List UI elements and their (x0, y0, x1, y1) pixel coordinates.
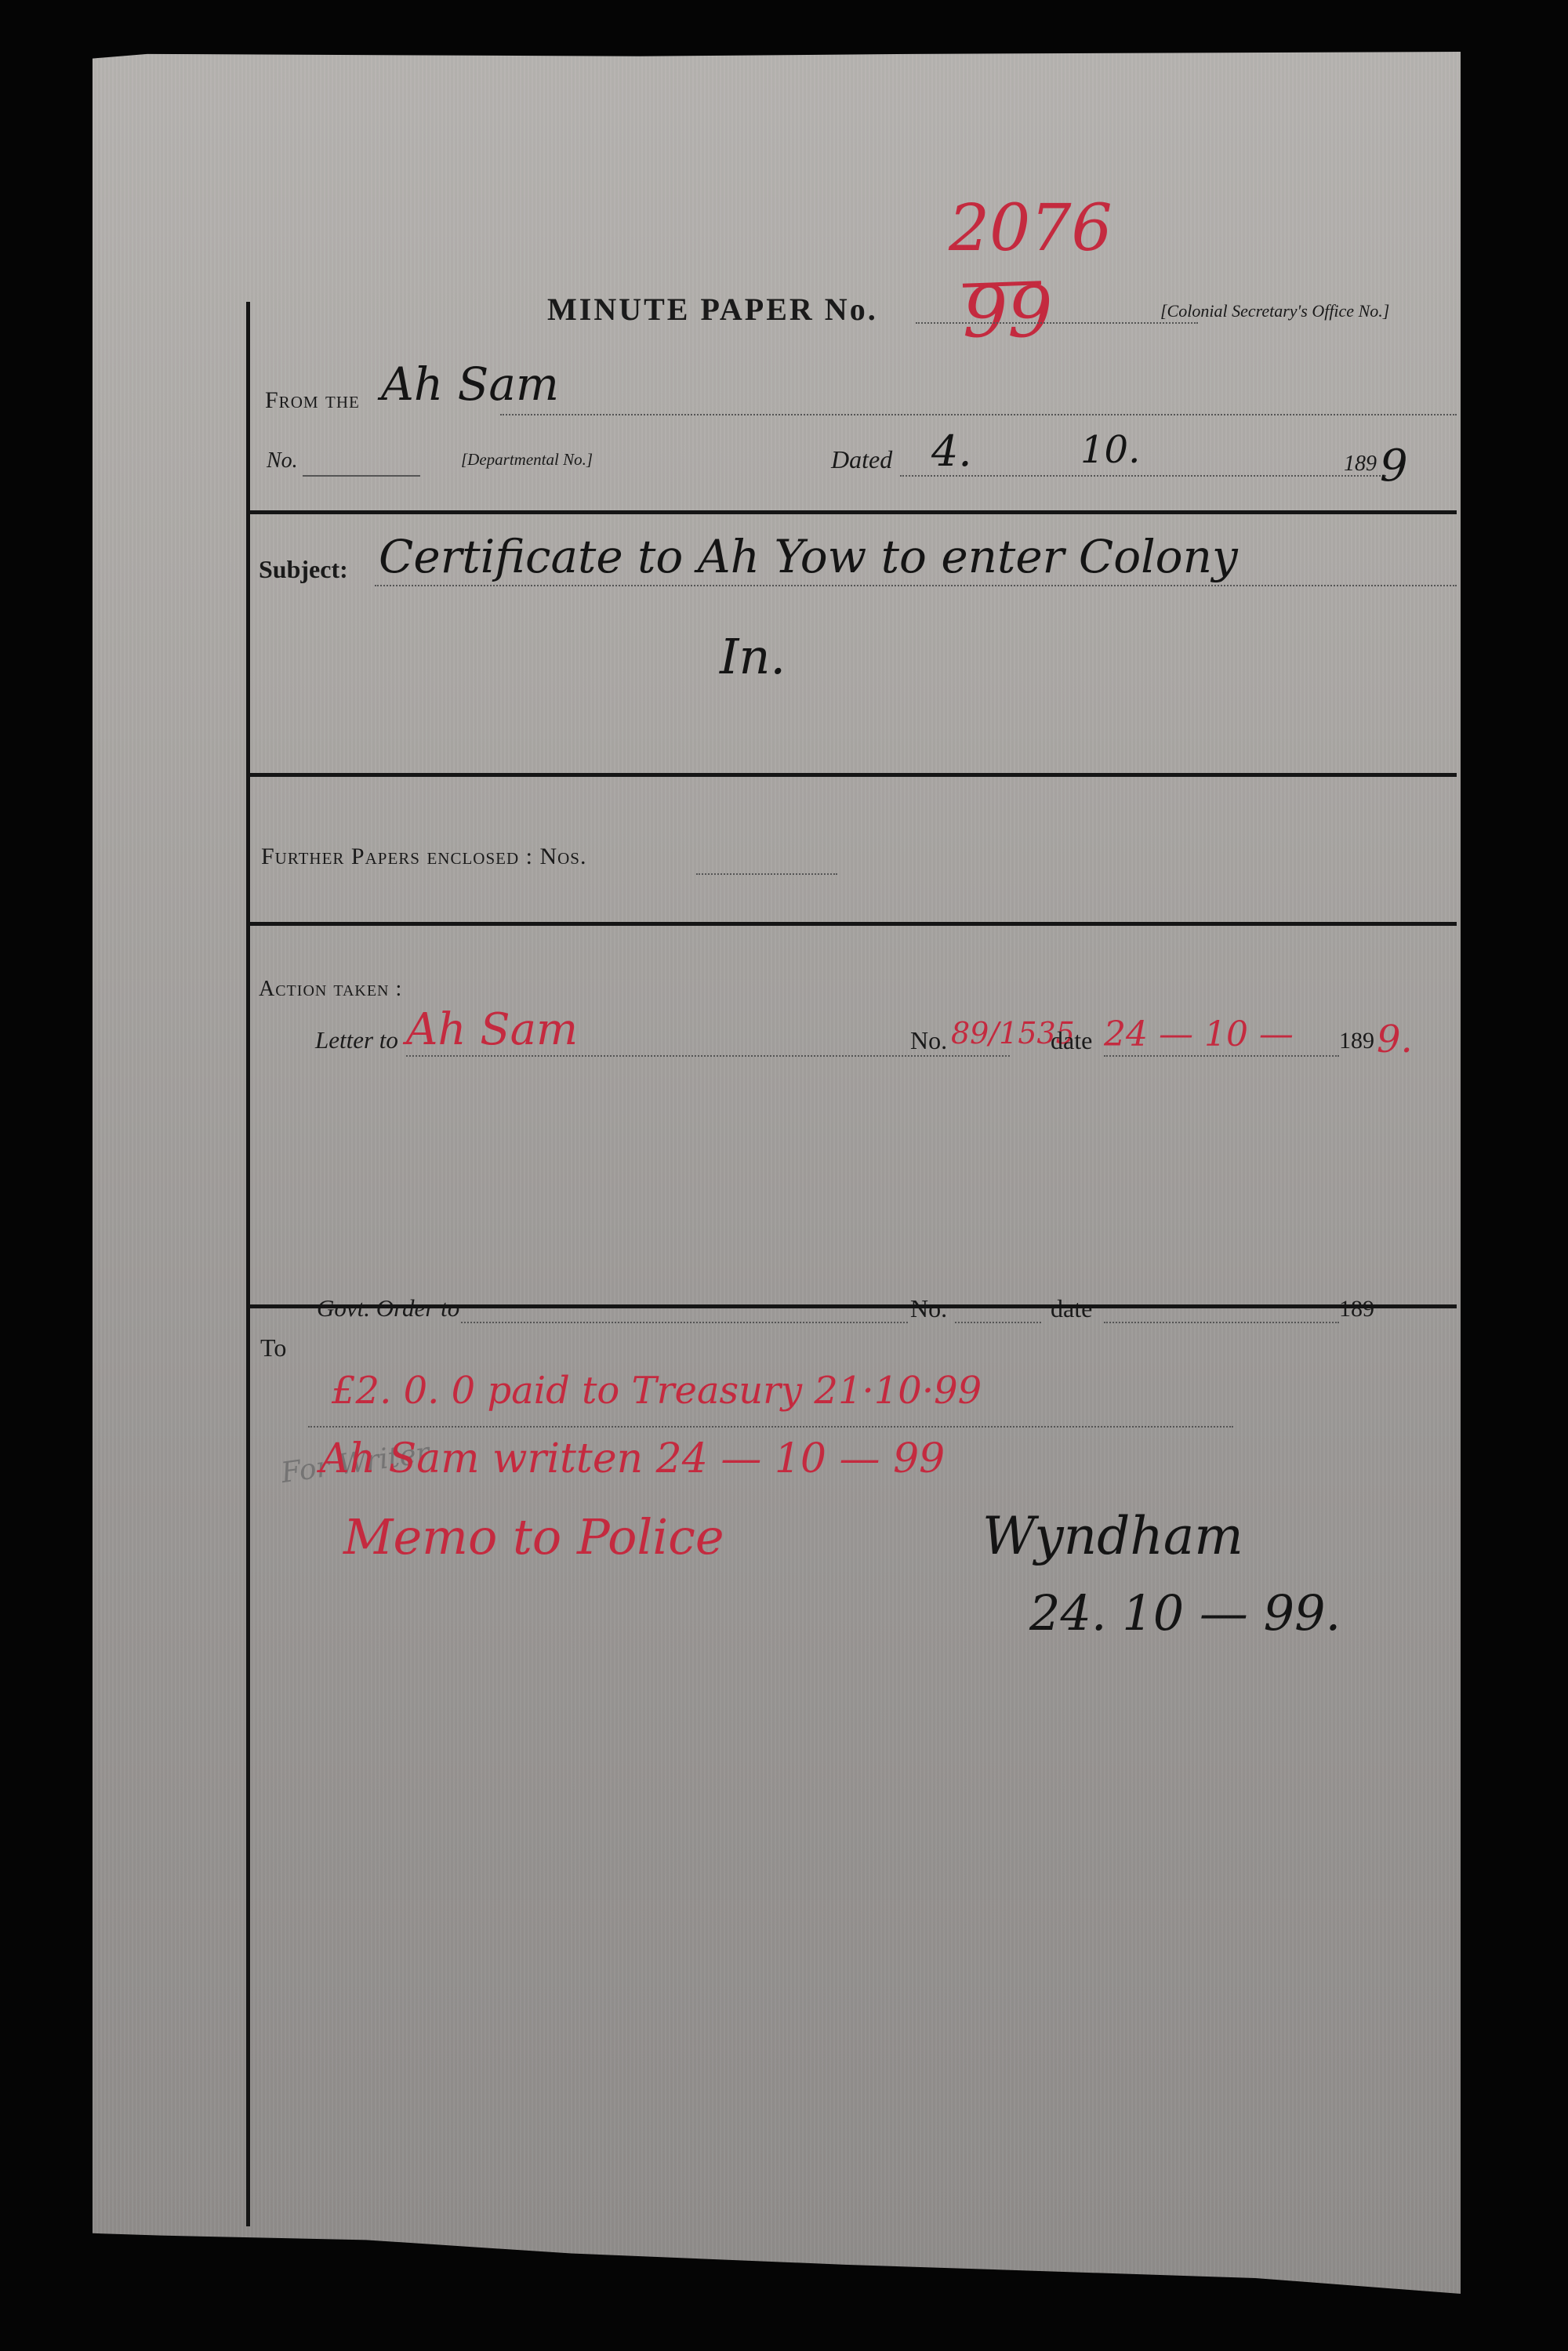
from-label: From the (265, 387, 360, 414)
rule-after-further-papers (248, 922, 1457, 926)
rule-after-subject (248, 773, 1457, 777)
dated-label: Dated (831, 445, 892, 474)
minute-paper-sheet: 2076 99 MINUTE PAPER No. [Colonial Secre… (93, 52, 1461, 2294)
dated-year-prefix: 189 (1344, 452, 1377, 477)
subject-line-2: In. (720, 628, 786, 685)
office-note: [Colonial Secretary's Office No.] (1160, 301, 1389, 321)
letter-no-label: No. (910, 1026, 947, 1055)
letter-to-value: Ah Sam (406, 1004, 578, 1055)
letter-year-prefix: 189 (1339, 1028, 1374, 1054)
departmental-note: [Departmental No.] (461, 450, 593, 470)
dated-dotted-line (900, 475, 1386, 477)
rule-after-action-taken (248, 1304, 1457, 1308)
subject-line-1: Certificate to Ah Yow to enter Colony (379, 530, 1238, 583)
govt-order-label: Govt. Order to (317, 1294, 459, 1322)
govt-date-label: date (1051, 1294, 1092, 1323)
subject-label: Subject: (259, 555, 348, 584)
page-title: MINUTE PAPER No. (547, 291, 878, 328)
letter-year-suffix: 9. (1377, 1018, 1413, 1061)
govt-date-dotted-line (1104, 1322, 1339, 1323)
govt-no-dotted-line (955, 1322, 1041, 1323)
from-value: Ah Sam (381, 357, 559, 411)
to-line-2: Ah Sam written 24 — 10 — 99 (320, 1435, 945, 1482)
to-label: To (260, 1333, 286, 1362)
signature-date: 24. 10 — 99. (1029, 1584, 1341, 1642)
to-line-1: £2. 0. 0 paid to Treasury 21·10·99 (332, 1369, 982, 1413)
signature: Wyndham (982, 1506, 1243, 1566)
to-line-3: Memo to Police (343, 1508, 724, 1566)
subject-dotted-line (375, 585, 1457, 586)
dated-month: 10. (1080, 428, 1140, 472)
letter-date-label: date (1051, 1026, 1092, 1055)
action-taken-label: Action taken : (259, 977, 402, 1002)
dated-day: 4. (931, 426, 972, 476)
govt-order-dotted-line (461, 1322, 908, 1323)
departmental-no-line (303, 475, 420, 477)
handwritten-paper-number-top: 2076 (949, 191, 1112, 266)
dated-year-suffix: 9 (1380, 441, 1408, 492)
paper-number-dotted-line (916, 322, 1198, 324)
letter-to-dotted-line (406, 1055, 1010, 1057)
rule-after-header (248, 510, 1457, 514)
letter-to-label: Letter to (315, 1026, 398, 1054)
govt-year: 189 (1339, 1296, 1374, 1322)
letter-date-value: 24 — 10 — (1104, 1014, 1294, 1054)
handwritten-paper-number-bottom: 99 (963, 271, 1053, 354)
from-dotted-line (500, 414, 1457, 415)
letter-date-dotted-line (1104, 1055, 1339, 1057)
to-dotted-line (308, 1426, 1233, 1428)
further-papers-dotted-line (696, 873, 837, 875)
further-papers-label: Further Papers enclosed : Nos. (261, 844, 586, 870)
margin-rule (246, 302, 250, 2226)
departmental-no-label: No. (267, 448, 298, 473)
govt-no-label: No. (910, 1294, 947, 1323)
